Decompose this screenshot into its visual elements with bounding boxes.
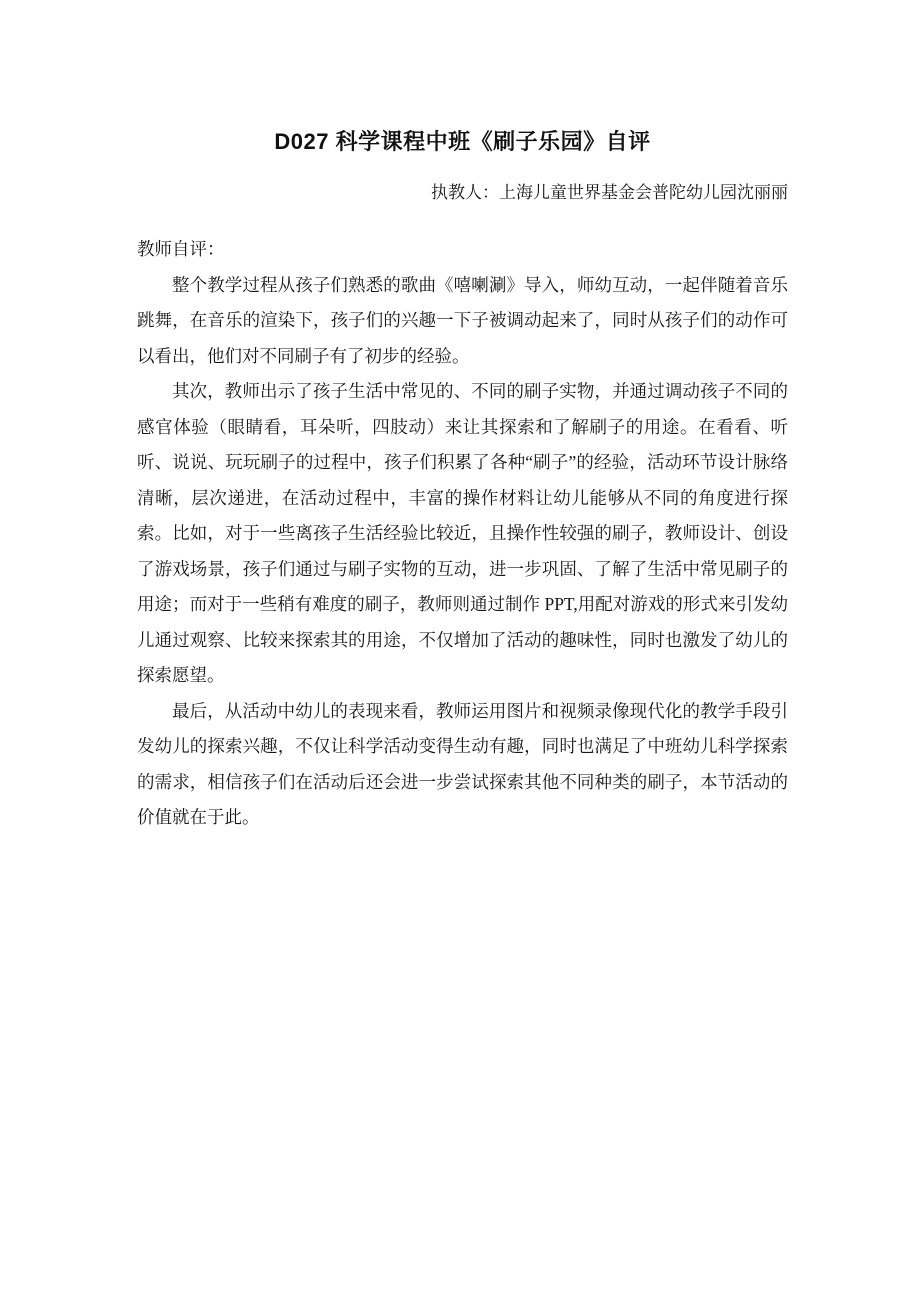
document-page: D027 科学课程中班《刷子乐园》自评 执教人：上海儿童世界基金会普陀幼儿园沈丽…: [0, 0, 920, 1301]
document-body: 教师自评： 整个教学过程从孩子们熟悉的歌曲《嘻喇涮》导入，师幼互动，一起伴随着音…: [137, 232, 788, 836]
paragraph-2: 其次，教师出示了孩子生活中常见的、不同的刷子实物，并通过调动孩子不同的感官体验（…: [137, 374, 788, 694]
document-title: D027 科学课程中班《刷子乐园》自评: [137, 126, 788, 158]
paragraph-1: 整个教学过程从孩子们熟悉的歌曲《嘻喇涮》导入，师幼互动，一起伴随着音乐跳舞，在音…: [137, 268, 788, 375]
section-label: 教师自评：: [137, 232, 788, 268]
paragraph-3: 最后，从活动中幼儿的表现来看，教师运用图片和视频录像现代化的教学手段引发幼儿的探…: [137, 694, 788, 836]
byline: 执教人：上海儿童世界基金会普陀幼儿园沈丽丽: [137, 179, 788, 207]
